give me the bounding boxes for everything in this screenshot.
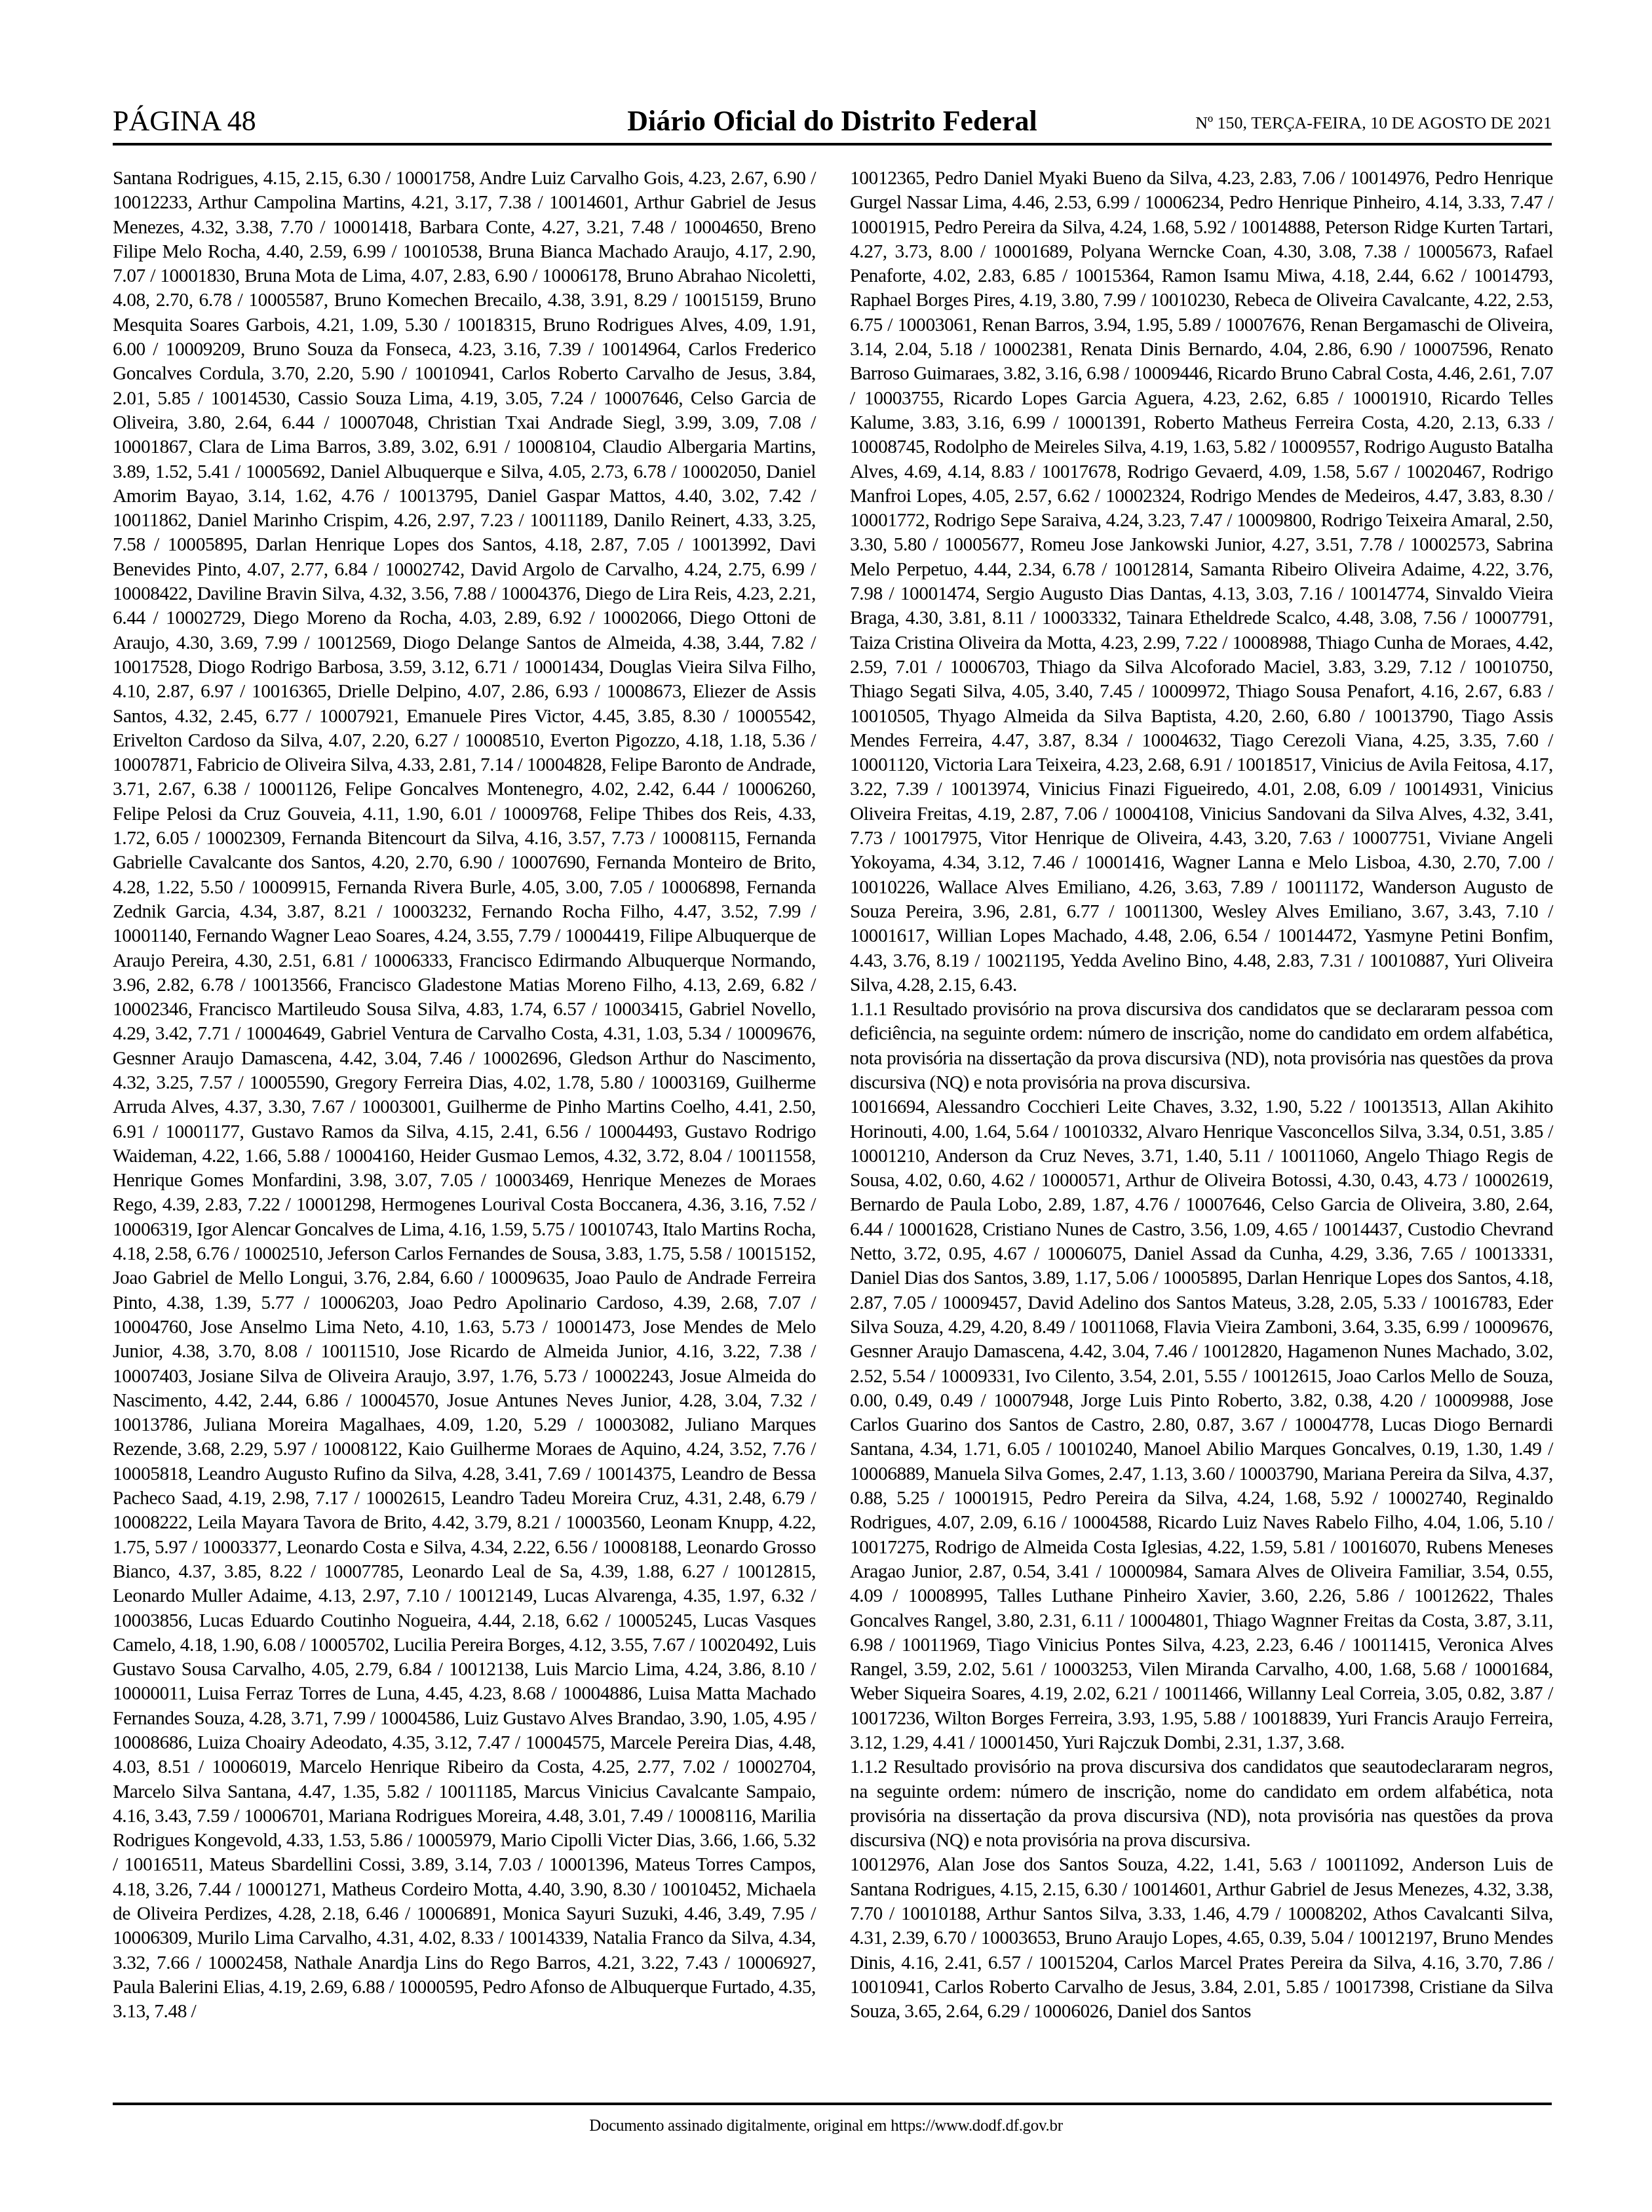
- results-paragraph-pcd: 10016694, Alessandro Cocchieri Leite Cha…: [850, 1095, 1553, 1755]
- results-paragraph-negros: 10012976, Alan Jose dos Santos Souza, 4.…: [850, 1853, 1553, 2024]
- footer-signature-note: Documento assinado digitalmente, origina…: [0, 2116, 1652, 2137]
- header-divider: [113, 143, 1552, 146]
- page-header: PÁGINA 48 Diário Oficial do Distrito Fed…: [113, 105, 1552, 138]
- right-column: 10012365, Pedro Daniel Myaki Bueno da Si…: [850, 166, 1553, 2025]
- section-heading-1-1-2: 1.1.2 Resultado provisório na prova disc…: [850, 1755, 1553, 1853]
- results-paragraph: Santana Rodrigues, 4.15, 2.15, 6.30 / 10…: [113, 166, 816, 2025]
- results-paragraph: 10012365, Pedro Daniel Myaki Bueno da Si…: [850, 166, 1553, 998]
- left-column: Santana Rodrigues, 4.15, 2.15, 6.30 / 10…: [113, 166, 816, 2025]
- issue-info: Nº 150, TERÇA-FEIRA, 10 DE AGOSTO DE 202…: [1195, 110, 1552, 136]
- footer-divider: [113, 2103, 1552, 2105]
- section-heading-1-1-1: 1.1.1 Resultado provisório na prova disc…: [850, 998, 1553, 1095]
